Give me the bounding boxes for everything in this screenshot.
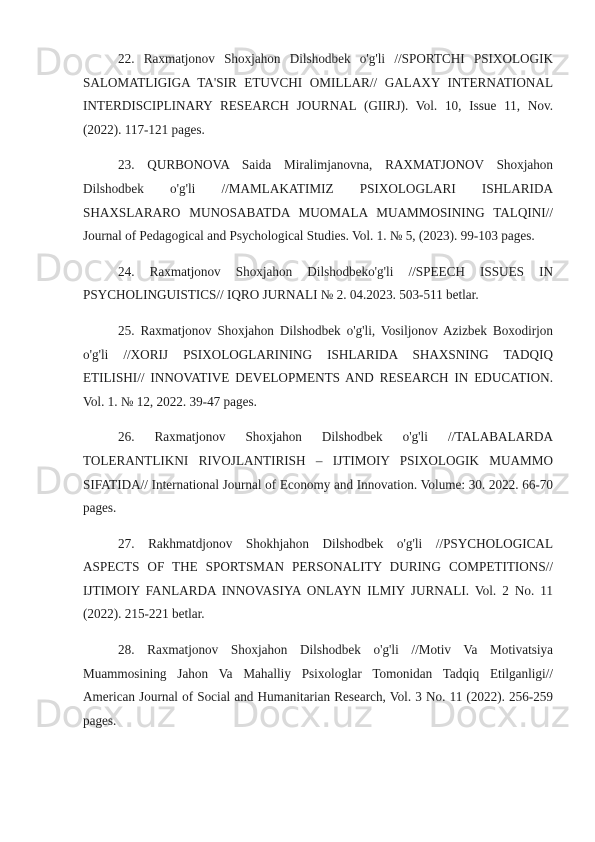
reference-item: 25. Raxmatjonov Shoxjahon Dilshodbek o'g…	[83, 319, 553, 413]
reference-text: Raxmatjonov Shoxjahon Dilshodbeko'g'li /…	[83, 264, 553, 303]
reference-item: 27. Rakhmatdjonov Shokhjahon Dilshodbek …	[83, 532, 553, 626]
reference-number: 25.	[118, 323, 134, 338]
reference-item: 28. Raxmatjonov Shoxjahon Dilshodbek o'g…	[83, 638, 553, 732]
reference-item: 22. Raxmatjonov Shoxjahon Dilshodbek o'g…	[83, 47, 553, 141]
reference-text: Raxmatjonov Shoxjahon Dilshodbek o'g'li …	[83, 429, 553, 515]
reference-number: 23.	[118, 157, 134, 172]
reference-text: Rakhmatdjonov Shokhjahon Dilshodbek o'g'…	[83, 536, 553, 622]
reference-text: Raxmatjonov Shoxjahon Dilshodbek o'g'li,…	[83, 323, 553, 409]
reference-text: Raxmatjonov Shoxjahon Dilshodbek o'g'li …	[83, 51, 553, 137]
reference-text: QURBONOVA Saida Miralimjanovna, RAXMATJO…	[83, 157, 553, 243]
reference-number: 24.	[118, 264, 134, 279]
reference-number: 28.	[118, 642, 134, 657]
reference-list: 22. Raxmatjonov Shoxjahon Dilshodbek o'g…	[83, 47, 553, 744]
reference-number: 27.	[118, 536, 134, 551]
reference-item: 24. Raxmatjonov Shoxjahon Dilshodbeko'g'…	[83, 260, 553, 307]
reference-item: 26. Raxmatjonov Shoxjahon Dilshodbek o'g…	[83, 425, 553, 519]
reference-item: 23. QURBONOVA Saida Miralimjanovna, RAXM…	[83, 153, 553, 247]
reference-text: Raxmatjonov Shoxjahon Dilshodbek o'g'li …	[83, 642, 553, 728]
reference-number: 26.	[118, 429, 134, 444]
reference-number: 22.	[118, 51, 134, 66]
